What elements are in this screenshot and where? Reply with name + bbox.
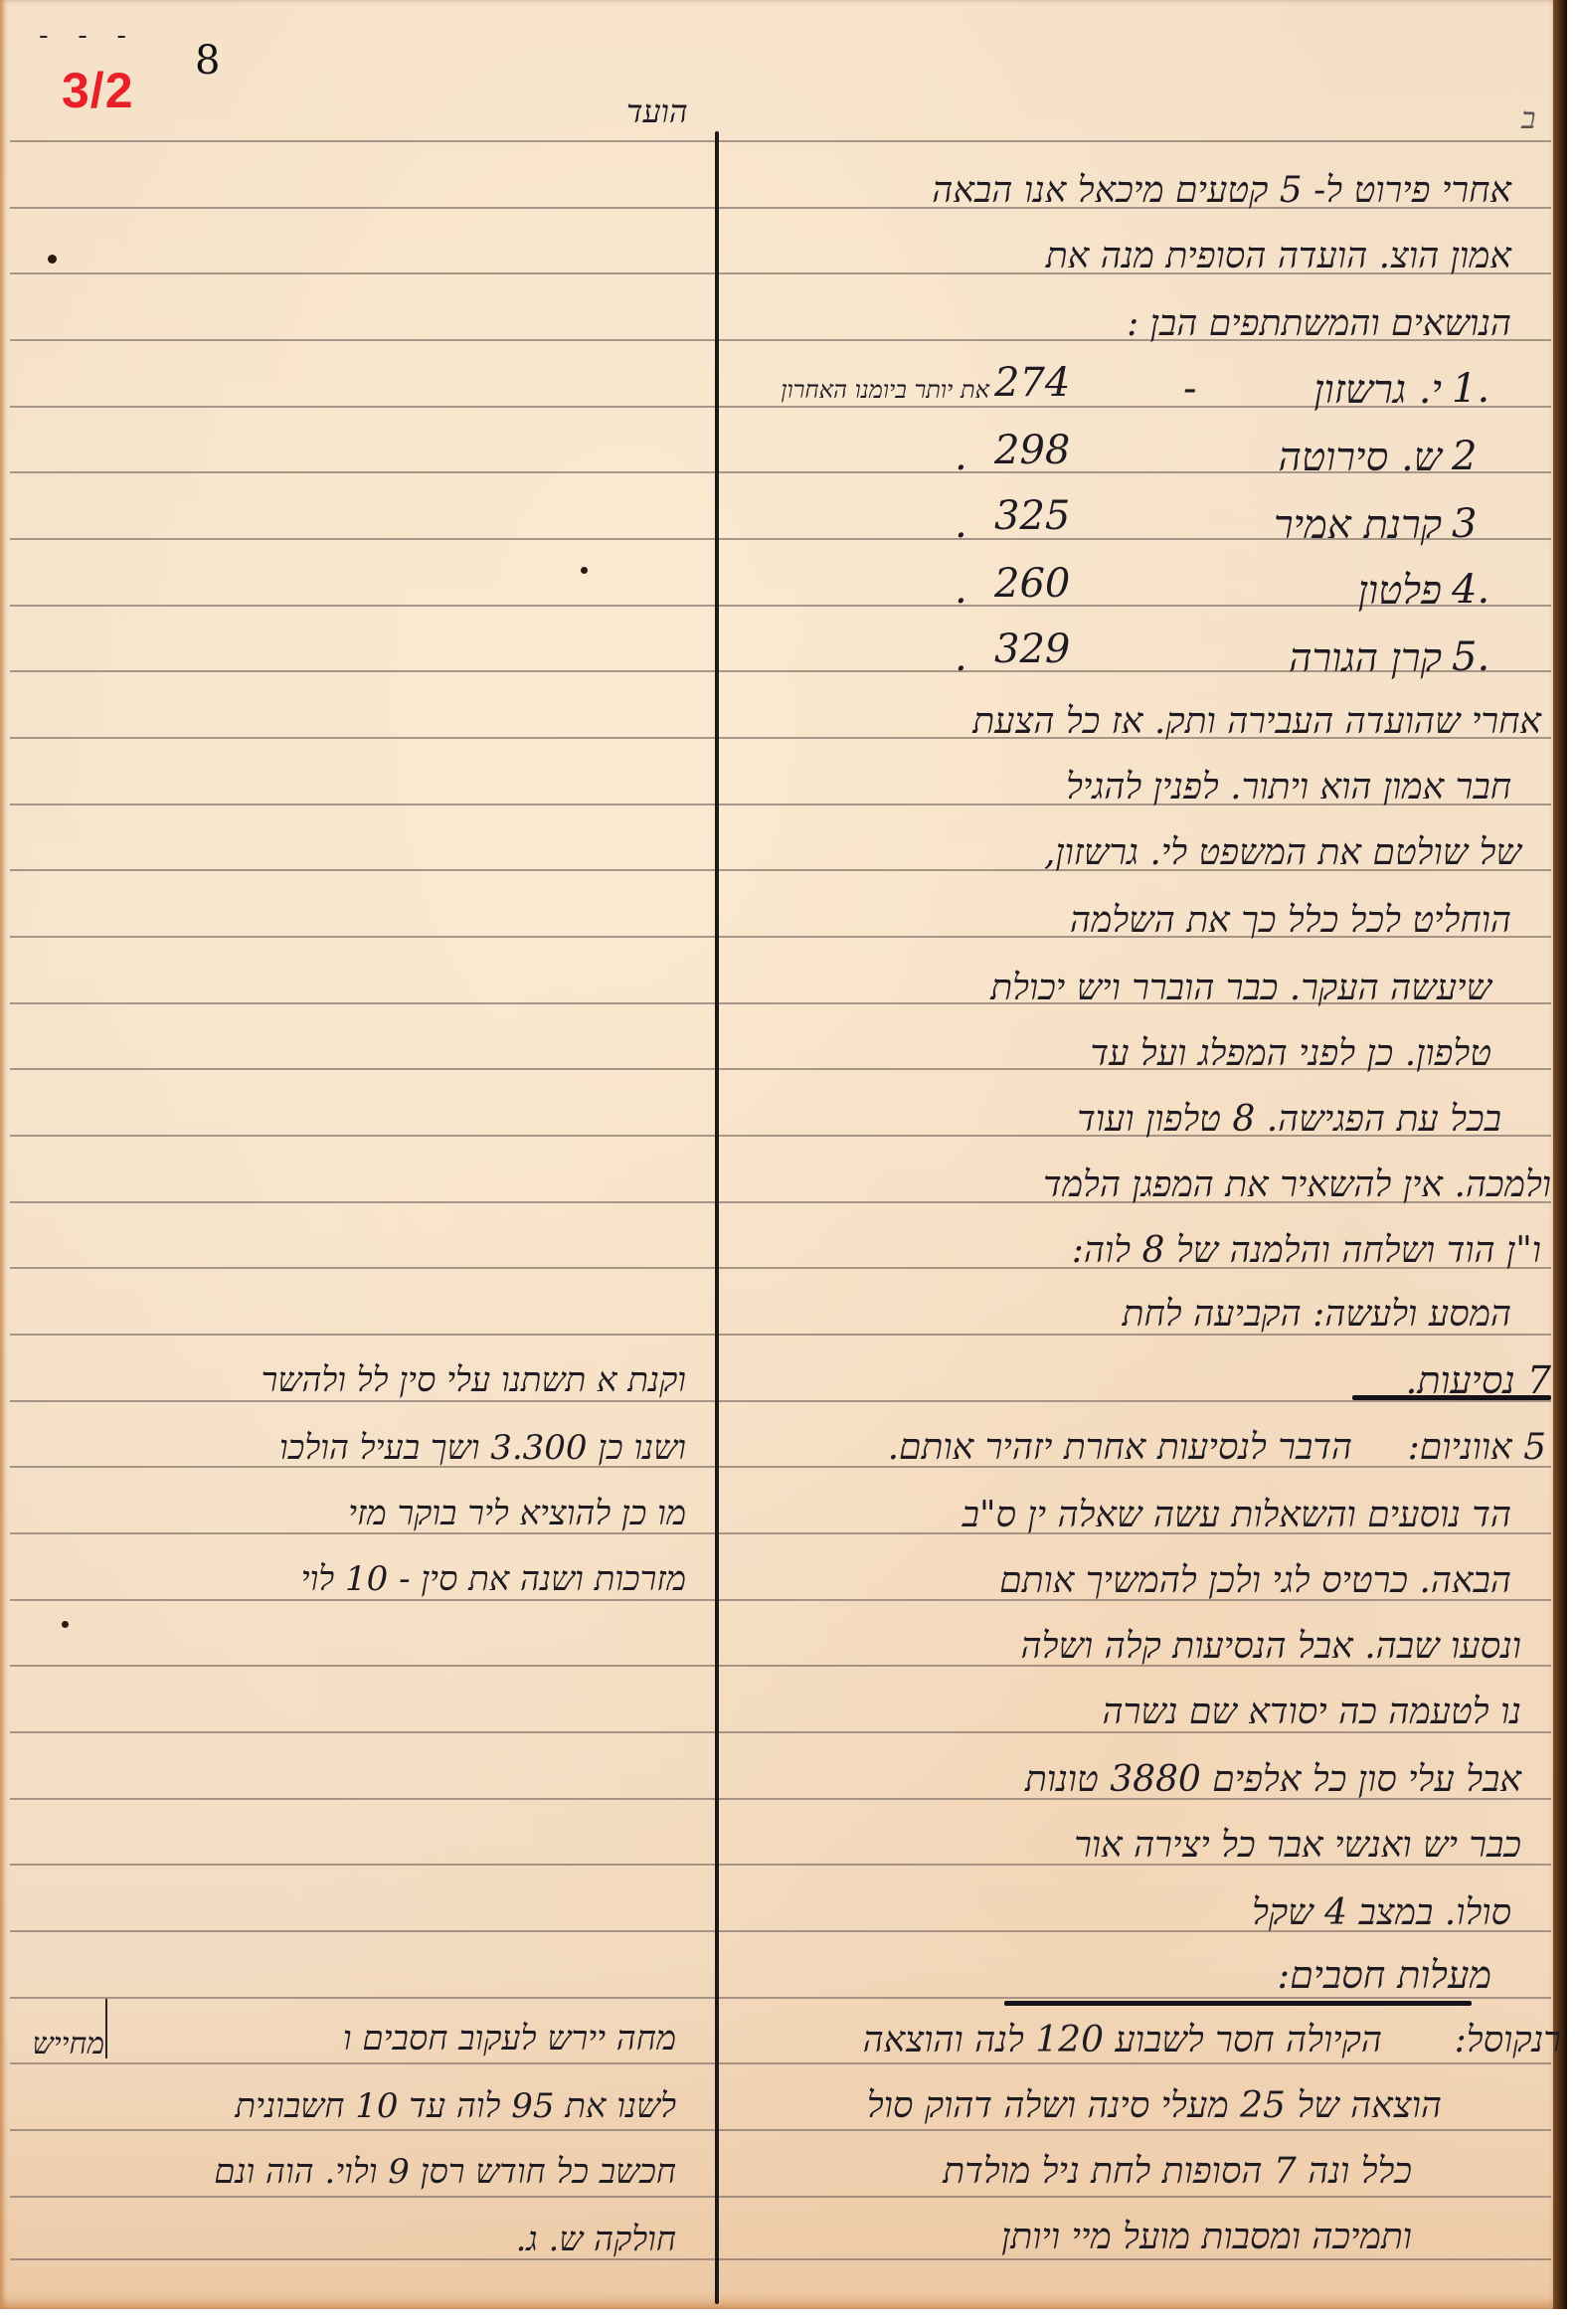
top-dashes: - - - xyxy=(36,22,133,52)
heading-underline xyxy=(1004,2001,1472,2006)
list-number: 3 xyxy=(1452,501,1477,547)
body-line: חבר אמון הוא ויתור. לפנין להגיל xyxy=(756,768,1511,807)
intro-line: אמון הוצ. הועדה הסופית מנה את xyxy=(756,237,1511,276)
body-line: הוחליט לכל כלל כך את השלמה xyxy=(756,901,1511,941)
list-note: את יותר ביומנו האחרון xyxy=(736,376,989,405)
margin-note-line: מו כן להוציא ליר בוקר מזי xyxy=(60,1494,686,1533)
section-line: הוצאה של 25 מעלי סינה ושלה דהוק סול xyxy=(726,2086,1442,2126)
body-line: המסע ולעשה: הקביעה לחת xyxy=(825,1295,1511,1335)
section-line: נו לטעמה כה יסודא שם נשרה xyxy=(736,1693,1521,1732)
notebook-page: - - - 3/2 8 הועד ב אחרי פירוט ל- 5 קטעים… xyxy=(0,0,1567,2309)
section-line: ותמיכה ומסבות מועל מיי ויותן xyxy=(736,2218,1412,2257)
list-value: 329 xyxy=(994,626,1070,672)
margin-note-line: מזרכות ושנה את סין - 10 לוי xyxy=(50,1559,686,1599)
body-line: בכל עת הפגישה. 8 טלפון ועוד xyxy=(756,1100,1501,1140)
margin-label: הועד xyxy=(626,91,688,131)
section-heading: מעלות חסבים: xyxy=(1014,1955,1491,1995)
list-name: פלטון xyxy=(1233,567,1442,614)
section-line: הד נוסעים והשאלות עשה שאלה ין ס"ב xyxy=(756,1496,1511,1535)
list-mark: . xyxy=(955,634,967,680)
margin-note-line: וקנת א תשתנו עלי סין לל ולהשר xyxy=(30,1360,686,1400)
body-line: אחרי שהועדה העבירה ותק. אז כל הצעת xyxy=(756,702,1541,742)
list-mark: . xyxy=(955,501,967,547)
margin-bottom-line: חולקה ש. ג. xyxy=(259,2220,676,2259)
ink-dot xyxy=(581,567,588,574)
body-line: של שולטם את המשפט לי. גרשזון, xyxy=(756,833,1521,873)
list-name: קרנת אמיר xyxy=(1203,501,1442,548)
section-line: כלל ונה 7 הסופות לחת ניל מולדת xyxy=(736,2152,1412,2192)
ink-dot xyxy=(48,255,57,264)
body-line: שיעשה העקר. כבר הוברר ויש יכולת xyxy=(756,969,1491,1008)
section-sub-label: 5 אווניום: xyxy=(1352,1428,1546,1468)
list-name: ש. סירוטה xyxy=(1193,434,1442,480)
section-line: ונסעו שבה. אבל הנסיעות קלה ושלה xyxy=(736,1627,1521,1667)
archive-mark: 3/2 xyxy=(62,62,134,119)
margin-bottom-line: חכשב כל חודש רסן 9 ולוי. הוה ונם xyxy=(30,2152,676,2192)
list-name: קרן הגורה xyxy=(1203,634,1442,681)
section-line: אבל עלי סון כל אלפים 3880 טונות xyxy=(736,1760,1521,1800)
body-line: טלפון. כן לפני המפלג ועל עד xyxy=(756,1034,1491,1074)
margin-bottom-line: לשנו את 95 לוה עד 10 חשבונית xyxy=(40,2086,676,2126)
list-dash: - xyxy=(1183,366,1197,412)
list-mark: . xyxy=(955,567,967,613)
corner-mark: ב xyxy=(1521,99,1535,139)
list-name: י. גרשזון xyxy=(1213,366,1442,413)
margin-note-line: ושנו כן 3.300 ושך בעיל הולכו xyxy=(60,1428,686,1468)
list-value: 325 xyxy=(994,493,1070,539)
section-line: הקיולה חסר לשבוע 120 לנה והוצאה xyxy=(726,2021,1382,2060)
intro-line: אחרי פירוט ל- 5 קטעים מיכאל אנו הבאה xyxy=(756,171,1511,211)
list-value: 274 xyxy=(994,360,1070,406)
list-number: 2 xyxy=(1452,434,1477,479)
section-line: הדבר לנסיעות אחרת יזהיר אותם. xyxy=(756,1428,1352,1468)
page-number: 8 xyxy=(195,38,220,84)
list-value: 298 xyxy=(994,428,1070,473)
box-divider xyxy=(105,1999,107,2058)
body-line: ולמכה. אין להשאיר את המפגן הלמד xyxy=(736,1165,1551,1205)
list-number: 5. xyxy=(1452,634,1489,680)
section-line: כבר יש ואנשי אבר כל יצירה אור xyxy=(736,1826,1521,1866)
margin-line xyxy=(715,131,719,2304)
margin-bottom-word: מחייש xyxy=(20,2025,104,2064)
section-line: סולו. במצב 4 שקל xyxy=(815,1893,1511,1933)
section-sub-label: רנקוסל: xyxy=(1382,2021,1561,2060)
list-mark: . xyxy=(955,434,967,479)
heading-underline xyxy=(1352,1395,1551,1400)
section-heading: 7 נסיעות. xyxy=(1352,1360,1551,1400)
list-value: 260 xyxy=(994,561,1070,607)
ink-dot xyxy=(62,1621,69,1628)
list-number: 4. xyxy=(1452,567,1489,613)
section-line: הבאה. כרטיס לגי ולכן להמשיך אותם xyxy=(736,1561,1511,1601)
list-number: 1. xyxy=(1452,366,1489,412)
intro-line: הנושאים והמשתתפים הבן : xyxy=(756,304,1511,344)
margin-bottom-line: מחה יירש לעקוב חסבים ו xyxy=(119,2019,676,2058)
page-binding-edge xyxy=(1553,0,1567,2309)
body-line: ו"ן הוד ושלחה והלמנה של 8 לוה: xyxy=(736,1231,1541,1271)
